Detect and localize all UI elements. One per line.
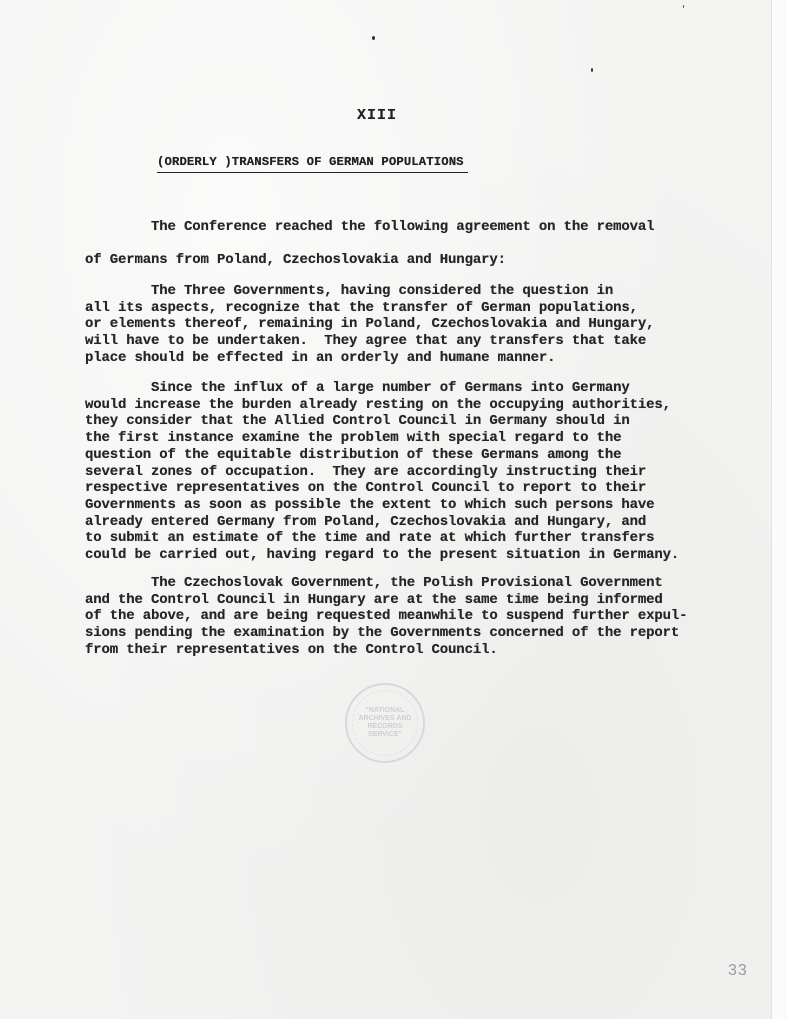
text-line: already entered Germany from Poland, Cze… bbox=[85, 514, 679, 531]
text-line: to submit an estimate of the time and ra… bbox=[85, 530, 679, 547]
text-line: from their representatives on the Contro… bbox=[85, 642, 687, 659]
paper-speck bbox=[683, 5, 684, 8]
page-edge bbox=[771, 0, 787, 1019]
text-line: The Conference reached the following agr… bbox=[85, 219, 654, 236]
text-line: of Germans from Poland, Czechoslovakia a… bbox=[85, 252, 654, 269]
paper-speck bbox=[591, 68, 593, 72]
text-line: The Czechoslovak Government, the Polish … bbox=[85, 575, 687, 592]
text-line: several zones of occupation. They are ac… bbox=[85, 464, 679, 481]
text-line: or elements thereof, remaining in Poland… bbox=[85, 316, 654, 333]
text-line: respective representatives on the Contro… bbox=[85, 480, 679, 497]
paragraph-influx: Since the influx of a large number of Ge… bbox=[85, 380, 679, 564]
section-numeral: XIII bbox=[357, 108, 397, 125]
text-line: and the Control Council in Hungary are a… bbox=[85, 592, 687, 609]
text-line: place should be effected in an orderly a… bbox=[85, 350, 654, 367]
text-line: Governments as soon as possible the exte… bbox=[85, 497, 679, 514]
paragraph-intro: The Conference reached the following agr… bbox=[85, 219, 654, 269]
archive-stamp: "NATIONAL ARCHIVES AND RECORDS SERVICE" bbox=[345, 683, 425, 763]
text-line: they consider that the Allied Control Co… bbox=[85, 413, 679, 430]
paragraph-three-governments: The Three Governments, having considered… bbox=[85, 283, 654, 367]
page-number: 33 bbox=[728, 962, 748, 980]
paper-speck bbox=[372, 36, 375, 40]
text-line: will have to be undertaken. They agree t… bbox=[85, 333, 654, 350]
paragraph-czechoslovak: The Czechoslovak Government, the Polish … bbox=[85, 575, 687, 659]
text-line: Since the influx of a large number of Ge… bbox=[85, 380, 679, 397]
stamp-ring bbox=[352, 690, 418, 756]
text-line: sions pending the examination by the Gov… bbox=[85, 625, 687, 642]
document-page: XIII (ORDERLY )TRANSFERS OF GERMAN POPUL… bbox=[0, 0, 772, 1019]
section-title: (ORDERLY )TRANSFERS OF GERMAN POPULATION… bbox=[157, 154, 468, 173]
text-line: The Three Governments, having considered… bbox=[85, 283, 654, 300]
text-line: would increase the burden already restin… bbox=[85, 397, 679, 414]
text-line: of the above, and are being requested me… bbox=[85, 608, 687, 625]
text-line: all its aspects, recognize that the tran… bbox=[85, 300, 654, 317]
text-line-blank bbox=[85, 236, 654, 253]
text-line: the first instance examine the problem w… bbox=[85, 430, 679, 447]
text-line: question of the equitable distribution o… bbox=[85, 447, 679, 464]
text-line: could be carried out, having regard to t… bbox=[85, 547, 679, 564]
